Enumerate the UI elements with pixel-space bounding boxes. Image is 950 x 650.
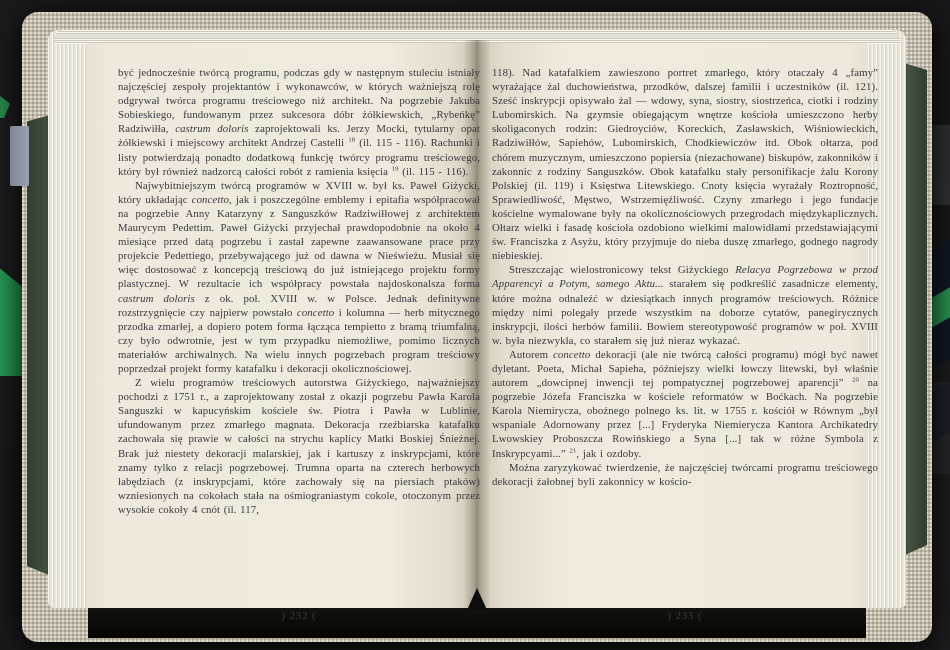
green-fabric-accent-top-left (0, 96, 10, 118)
paragraph: być jednocześnie twórcą programu, podcza… (118, 66, 480, 179)
background-highlight-upper (930, 125, 950, 205)
text-segment: 118). Nad katafalkiem zawieszono portret… (492, 67, 878, 262)
text-segment: concetto (192, 194, 229, 206)
paragraph: Można zaryzykować twierdzenie, że najczę… (492, 461, 878, 489)
text-segment: castrum doloris (175, 123, 248, 135)
text-segment: (il. 115 - 116). (399, 166, 469, 178)
bookmark-tab (10, 126, 29, 186)
text-segment: Można zaryzykować twierdzenie, że najczę… (492, 462, 878, 488)
footnote-marker: 20 (852, 376, 859, 383)
text-segment: , jak i poszczególne emblemy i epitafia … (118, 194, 480, 291)
text-segment: , jak i ozdoby. (576, 448, 641, 460)
text-segment: concetto (297, 307, 334, 319)
paragraph: Najwybitniejszym twórcą programów w XVII… (118, 179, 480, 376)
text-segment: Streszczając wielostronicowy tekst Giżyc… (509, 264, 735, 276)
right-page-text: 118). Nad katafalkiem zawieszono portret… (492, 66, 878, 489)
footnote-marker: 19 (392, 165, 399, 172)
book-photo: być jednocześnie twórcą programu, podcza… (0, 0, 950, 650)
paragraph: Z wielu programów treściowych autorstwa … (118, 376, 480, 517)
text-segment: castrum doloris (118, 293, 195, 305)
page-number-left: ) 232 ( (118, 611, 480, 622)
paragraph: Autorem concetto dekoracji (ale nie twór… (492, 348, 878, 461)
text-segment: na pogrzebie Józefa Franciszka w kościel… (492, 377, 878, 459)
paragraph: 118). Nad katafalkiem zawieszono portret… (492, 66, 878, 263)
text-segment: concetto (553, 349, 590, 361)
left-page-text: być jednocześnie twórcą programu, podcza… (118, 66, 480, 517)
text-segment: Autorem (509, 349, 553, 361)
paragraph: Streszczając wielostronicowy tekst Giżyc… (492, 263, 878, 348)
text-segment: Z wielu programów treściowych autorstwa … (118, 377, 480, 516)
page-number-right: ) 233 ( (492, 611, 878, 622)
